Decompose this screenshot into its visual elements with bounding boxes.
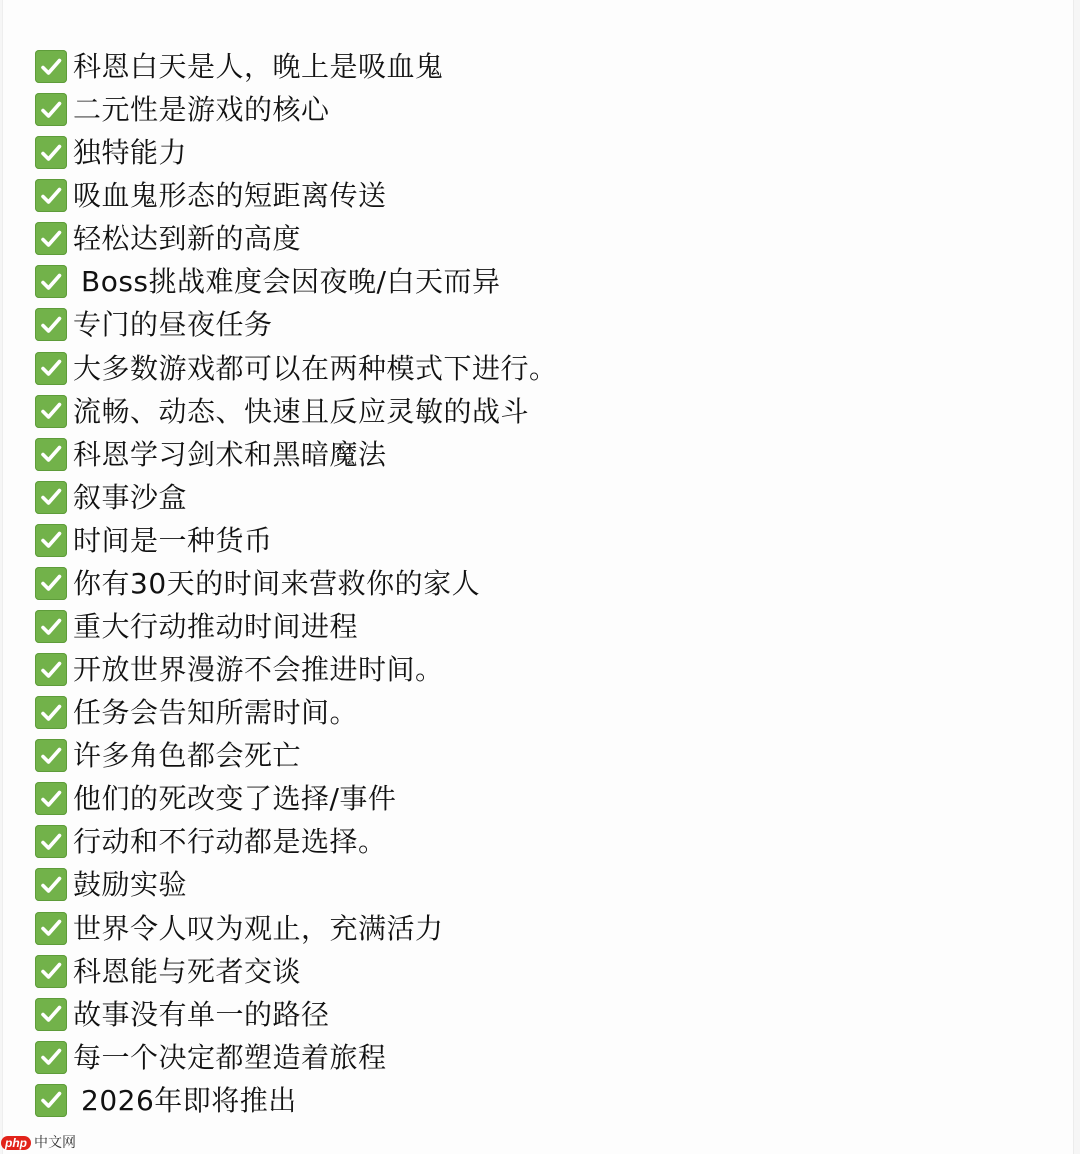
check-mark-box-icon <box>35 136 67 169</box>
list-item: Boss挑战难度会因夜晚/白天而异 <box>35 265 558 308</box>
list-item: 重大行动推动时间进程 <box>35 610 558 653</box>
check-mark-box-icon <box>35 998 67 1031</box>
check-mark-box-icon <box>35 696 67 729</box>
list-item-label: 故事没有单一的路径 <box>73 998 330 1031</box>
list-item: 二元性是游戏的核心 <box>35 93 558 136</box>
check-mark-box-icon <box>35 567 67 600</box>
list-item: 科恩白天是人，晚上是吸血鬼 <box>35 50 558 93</box>
watermark: php 中文网 <box>1 1135 76 1151</box>
check-mark-box-icon <box>35 50 67 83</box>
list-item-label: 科恩能与死者交谈 <box>73 955 301 988</box>
check-mark-box-icon <box>35 782 67 815</box>
check-mark-box-icon <box>35 222 67 255</box>
list-item: 叙事沙盒 <box>35 481 558 524</box>
list-item-label: 流畅、动态、快速且反应灵敏的战斗 <box>73 395 529 428</box>
list-item-label: Boss挑战难度会因夜晚/白天而异 <box>81 265 500 298</box>
list-item-label: 吸血鬼形态的短距离传送 <box>73 179 387 212</box>
check-mark-box-icon <box>35 825 67 858</box>
list-item: 任务会告知所需时间。 <box>35 696 558 739</box>
check-mark-box-icon <box>35 739 67 772</box>
list-item-label: 科恩白天是人，晚上是吸血鬼 <box>73 50 444 83</box>
list-item: 专门的昼夜任务 <box>35 308 558 351</box>
list-item: 独特能力 <box>35 136 558 179</box>
check-mark-box-icon <box>35 1041 67 1074</box>
list-item-label: 大多数游戏都可以在两种模式下进行。 <box>73 352 558 385</box>
list-item: 大多数游戏都可以在两种模式下进行。 <box>35 352 558 395</box>
check-mark-box-icon <box>35 653 67 686</box>
list-item: 世界令人叹为观止，充满活力 <box>35 912 558 955</box>
list-item: 你有30天的时间来营救你的家人 <box>35 567 558 610</box>
list-item: 许多角色都会死亡 <box>35 739 558 782</box>
list-item: 科恩学习剑术和黑暗魔法 <box>35 438 558 481</box>
check-mark-box-icon <box>35 352 67 385</box>
list-item: 吸血鬼形态的短距离传送 <box>35 179 558 222</box>
list-item-label: 轻松达到新的高度 <box>73 222 301 255</box>
content-card: 科恩白天是人，晚上是吸血鬼二元性是游戏的核心独特能力吸血鬼形态的短距离传送轻松达… <box>2 0 1074 1154</box>
list-item-label: 专门的昼夜任务 <box>73 308 273 341</box>
check-mark-box-icon <box>35 912 67 945</box>
list-item-label: 行动和不行动都是选择。 <box>73 825 387 858</box>
list-item: 每一个决定都塑造着旅程 <box>35 1041 558 1084</box>
list-item-label: 科恩学习剑术和黑暗魔法 <box>73 438 387 471</box>
check-mark-box-icon <box>35 481 67 514</box>
list-item-label: 任务会告知所需时间。 <box>73 696 358 729</box>
check-mark-box-icon <box>35 265 67 298</box>
list-item-label: 重大行动推动时间进程 <box>73 610 358 643</box>
check-mark-box-icon <box>35 524 67 557</box>
watermark-text: 中文网 <box>34 1135 76 1151</box>
list-item: 他们的死改变了选择/事件 <box>35 782 558 825</box>
check-mark-box-icon <box>35 868 67 901</box>
check-mark-box-icon <box>35 93 67 126</box>
list-item-label: 2026年即将推出 <box>81 1084 297 1117</box>
list-item: 开放世界漫游不会推进时间。 <box>35 653 558 696</box>
check-mark-box-icon <box>35 1084 67 1117</box>
feature-checklist: 科恩白天是人，晚上是吸血鬼二元性是游戏的核心独特能力吸血鬼形态的短距离传送轻松达… <box>35 50 558 1127</box>
list-item-label: 你有30天的时间来营救你的家人 <box>73 567 480 600</box>
check-mark-box-icon <box>35 955 67 988</box>
check-mark-box-icon <box>35 308 67 341</box>
list-item: 2026年即将推出 <box>35 1084 558 1127</box>
list-item-label: 他们的死改变了选择/事件 <box>73 782 396 815</box>
list-item: 行动和不行动都是选择。 <box>35 825 558 868</box>
check-mark-box-icon <box>35 395 67 428</box>
list-item-label: 二元性是游戏的核心 <box>73 93 330 126</box>
list-item-label: 世界令人叹为观止，充满活力 <box>73 912 444 945</box>
watermark-php-logo: php <box>1 1136 31 1150</box>
check-mark-box-icon <box>35 438 67 471</box>
check-mark-box-icon <box>35 179 67 212</box>
list-item-label: 鼓励实验 <box>73 868 187 901</box>
list-item: 时间是一种货币 <box>35 524 558 567</box>
list-item: 故事没有单一的路径 <box>35 998 558 1041</box>
list-item: 流畅、动态、快速且反应灵敏的战斗 <box>35 395 558 438</box>
list-item: 科恩能与死者交谈 <box>35 955 558 998</box>
list-item-label: 叙事沙盒 <box>73 481 187 514</box>
list-item: 轻松达到新的高度 <box>35 222 558 265</box>
list-item-label: 每一个决定都塑造着旅程 <box>73 1041 387 1074</box>
check-mark-box-icon <box>35 610 67 643</box>
list-item-label: 独特能力 <box>73 136 187 169</box>
list-item-label: 开放世界漫游不会推进时间。 <box>73 653 444 686</box>
list-item-label: 许多角色都会死亡 <box>73 739 301 772</box>
list-item: 鼓励实验 <box>35 868 558 911</box>
list-item-label: 时间是一种货币 <box>73 524 273 557</box>
